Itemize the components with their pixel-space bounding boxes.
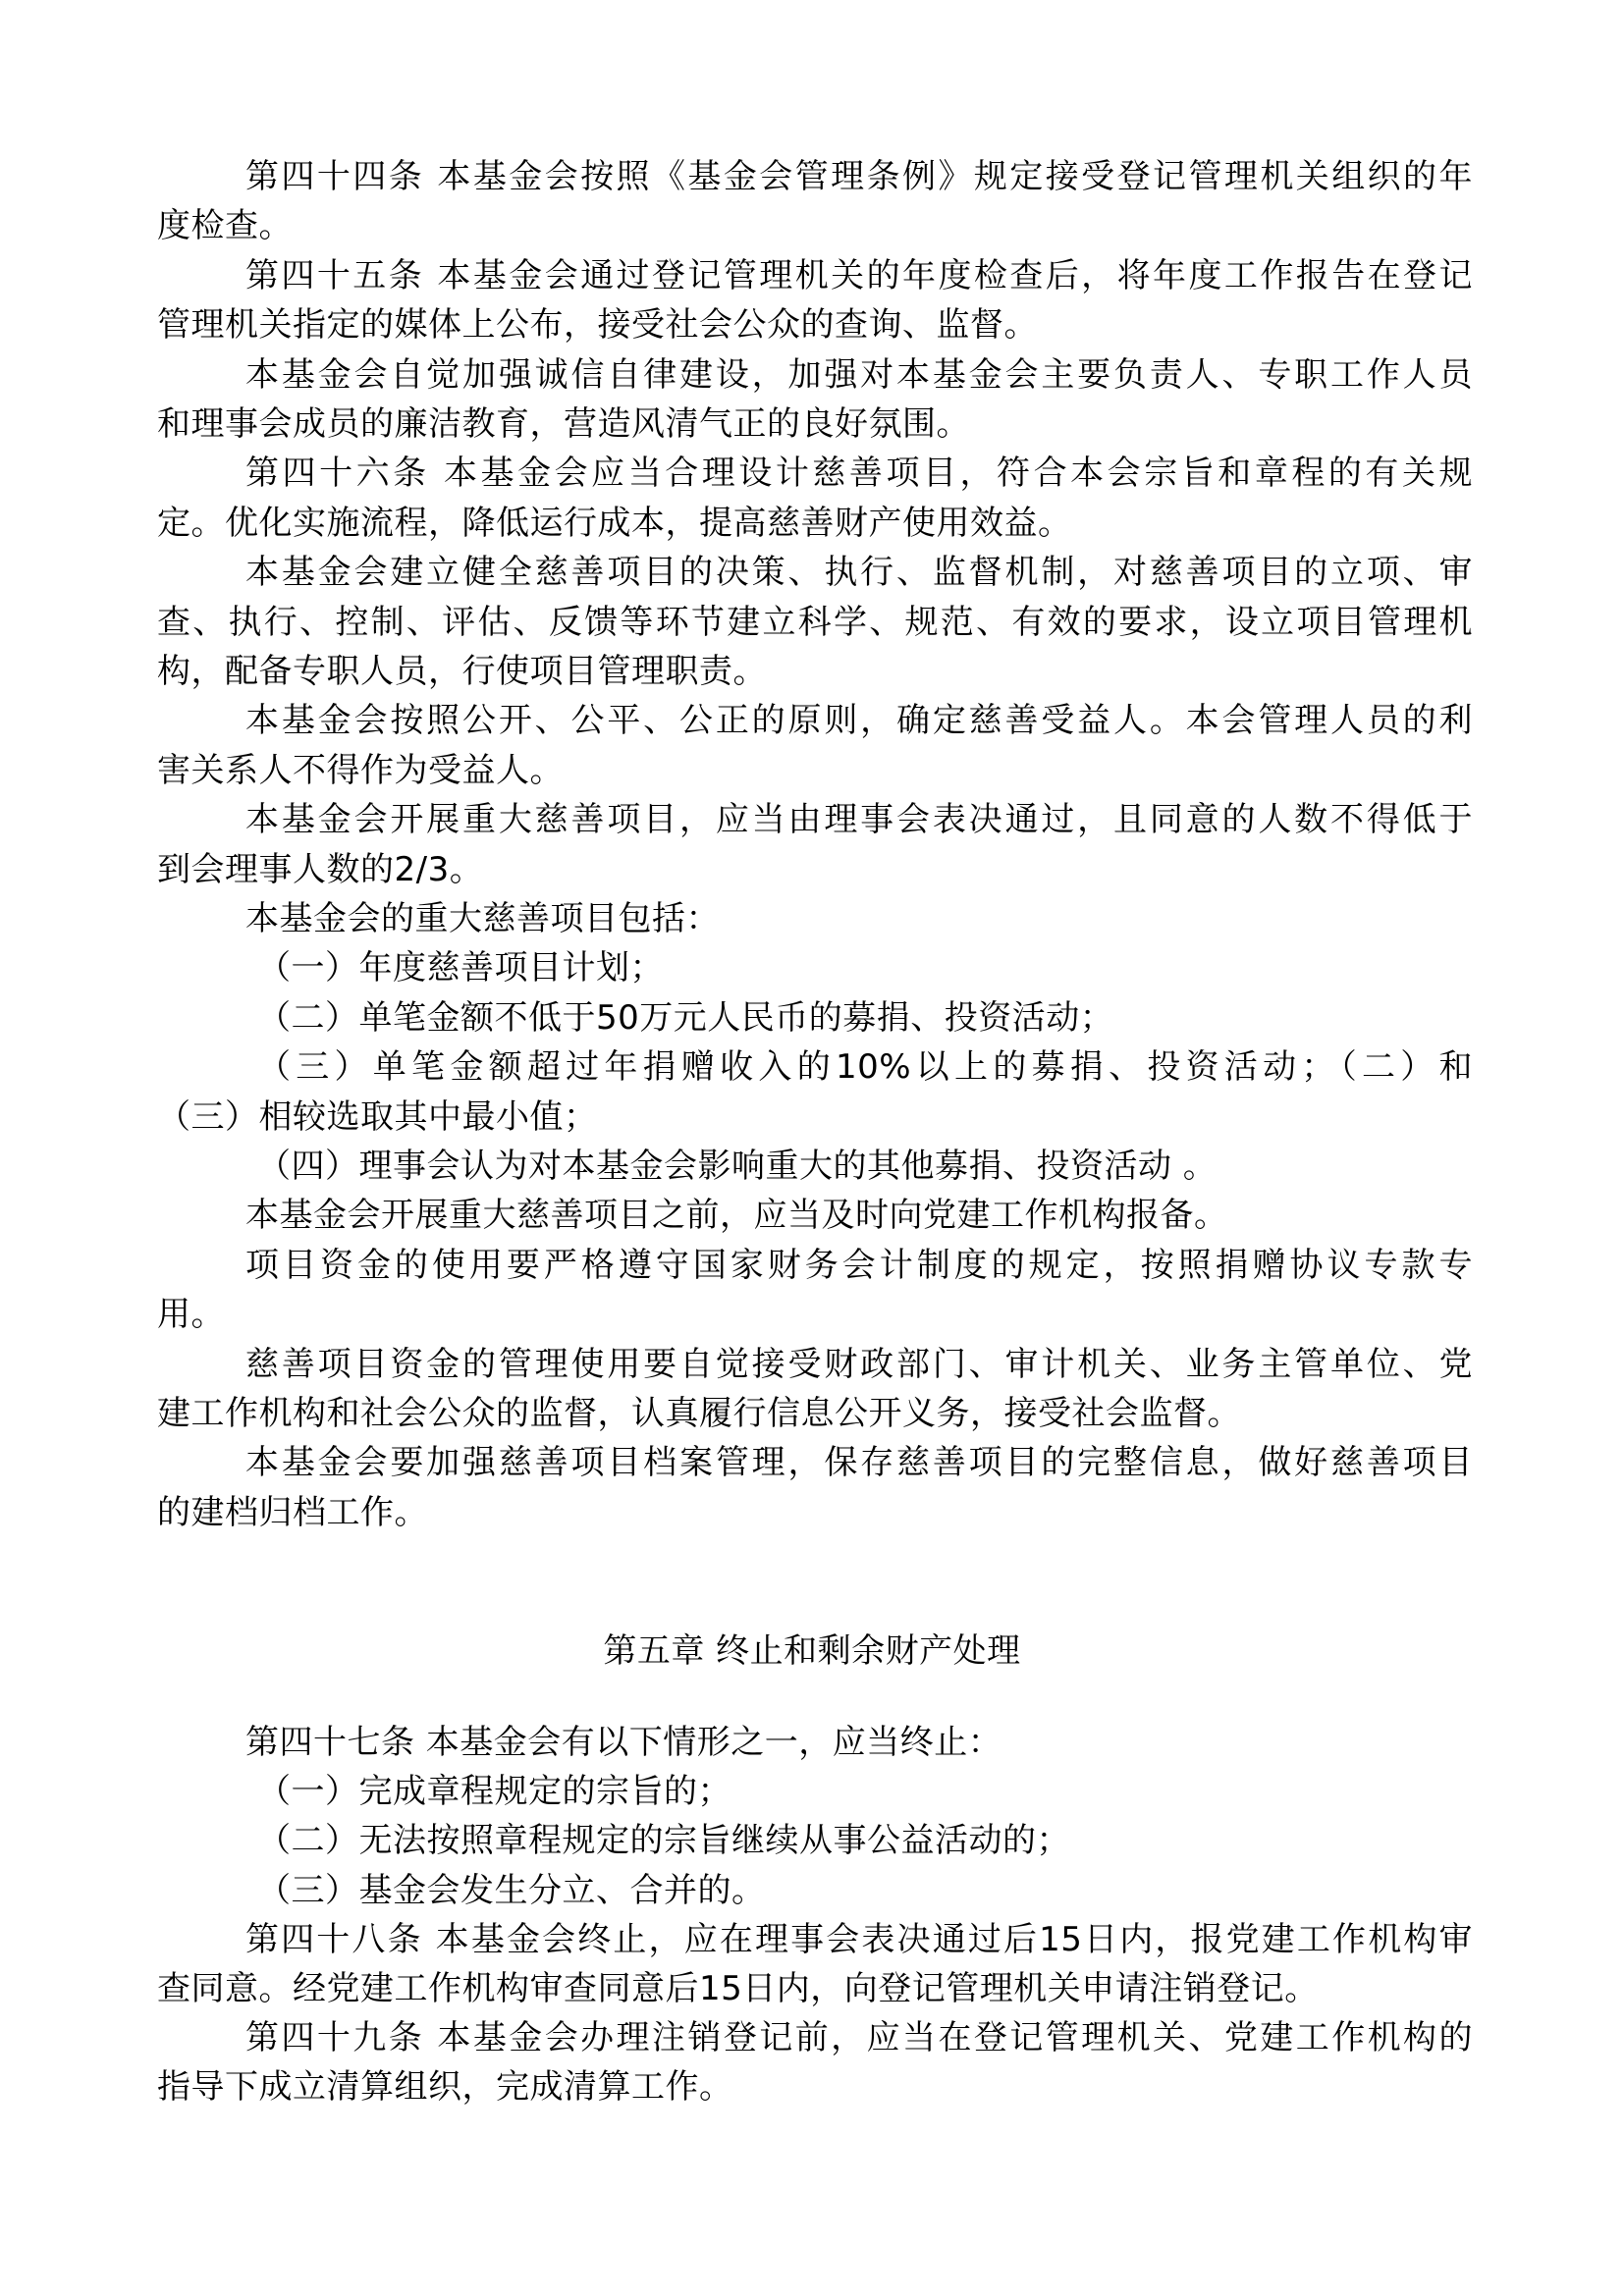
text-line: 第四十四条 本基金会按照《基金会管理条例》规定接受登记管理机关组织的年	[245, 157, 1473, 196]
text-line: （三）单笔金额超过年捐赠收入的10%以上的募捐、投资活动；（二）和	[257, 1047, 1473, 1087]
document-page: 第四十四条 本基金会按照《基金会管理条例》规定接受登记管理机关组织的年度检查。第…	[0, 0, 1624, 2296]
text-line: （三）相较选取其中最小值；	[157, 1097, 1473, 1137]
text-line: 指导下成立清算组织，完成清算工作。	[157, 2067, 1473, 2107]
text-line: 定。优化实施流程，降低运行成本，提高慈善财产使用效益。	[157, 504, 1473, 543]
text-line: 到会理事人数的2/3。	[157, 850, 1473, 889]
text-line: 害关系人不得作为受益人。	[157, 751, 1473, 790]
text-line: 度检查。	[157, 206, 1473, 245]
text-line: 慈善项目资金的管理使用要自觉接受财政部门、审计机关、业务主管单位、党	[245, 1345, 1473, 1384]
text-line: 本基金会要加强慈善项目档案管理，保存慈善项目的完整信息，做好慈善项目	[245, 1443, 1473, 1482]
text-line: 第四十七条 本基金会有以下情形之一，应当终止：	[245, 1723, 1473, 1762]
chapter-heading: 第五章 终止和剩余财产处理	[0, 1631, 1624, 1671]
text-line: （四）理事会认为对本基金会影响重大的其他募捐、投资活动 。	[257, 1147, 1473, 1186]
text-line: 查、执行、控制、评估、反馈等环节建立科学、规范、有效的要求，设立项目管理机	[157, 603, 1473, 642]
text-line: 管理机关指定的媒体上公布，接受社会公众的查询、监督。	[157, 305, 1473, 345]
text-line: 和理事会成员的廉洁教育，营造风清气正的良好氛围。	[157, 404, 1473, 444]
text-line: （二）无法按照章程规定的宗旨继续从事公益活动的；	[257, 1821, 1473, 1860]
text-line: 建工作机构和社会公众的监督，认真履行信息公开义务，接受社会监督。	[157, 1394, 1473, 1433]
text-line: 本基金会的重大慈善项目包括：	[245, 899, 1473, 938]
text-line: 构，配备专职人员，行使项目管理职责。	[157, 652, 1473, 691]
text-line: （三）基金会发生分立、合并的。	[257, 1871, 1473, 1910]
text-line: 本基金会自觉加强诚信自律建设，加强对本基金会主要负责人、专职工作人员	[245, 355, 1473, 395]
text-line: 本基金会建立健全慈善项目的决策、执行、监督机制，对慈善项目的立项、审	[245, 553, 1473, 592]
text-line: （二）单笔金额不低于50万元人民币的募捐、投资活动；	[257, 998, 1473, 1038]
text-line: 项目资金的使用要严格遵守国家财务会计制度的规定，按照捐赠协议专款专	[245, 1246, 1473, 1285]
text-line: 第四十八条 本基金会终止，应在理事会表决通过后15日内，报党建工作机构审	[245, 1920, 1473, 1959]
text-line: 第四十五条 本基金会通过登记管理机关的年度检查后，将年度工作报告在登记	[245, 256, 1473, 295]
text-line: （一）完成章程规定的宗旨的；	[257, 1772, 1473, 1811]
text-line: （一）年度慈善项目计划；	[257, 948, 1473, 988]
text-line: 用。	[157, 1295, 1473, 1334]
text-line: 第四十九条 本基金会办理注销登记前，应当在登记管理机关、党建工作机构的	[245, 2018, 1473, 2057]
text-line: 的建档归档工作。	[157, 1493, 1473, 1532]
text-line: 本基金会开展重大慈善项目之前，应当及时向党建工作机构报备。	[245, 1196, 1473, 1235]
text-line: 本基金会按照公开、公平、公正的原则，确定慈善受益人。本会管理人员的利	[245, 701, 1473, 740]
text-line: 本基金会开展重大慈善项目，应当由理事会表决通过，且同意的人数不得低于	[245, 800, 1473, 839]
text-line: 查同意。经党建工作机构审查同意后15日内，向登记管理机关申请注销登记。	[157, 1969, 1473, 2008]
text-line: 第四十六条 本基金会应当合理设计慈善项目，符合本会宗旨和章程的有关规	[245, 454, 1473, 493]
